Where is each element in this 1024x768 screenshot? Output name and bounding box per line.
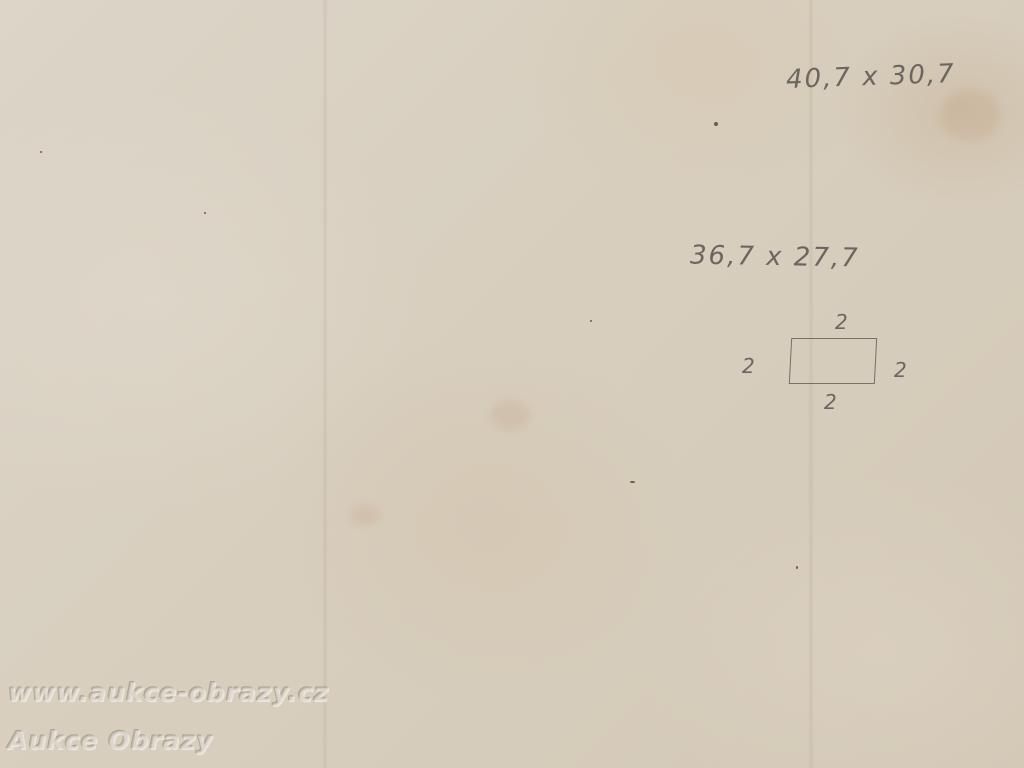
margin-bottom-label: 2	[824, 390, 837, 414]
speck	[630, 481, 635, 483]
stain	[490, 400, 530, 430]
margin-diagram-rectangle	[789, 338, 877, 384]
stain	[940, 90, 1000, 140]
speck	[204, 212, 206, 214]
inner-dimensions-note: 36,7 x 27,7	[690, 241, 860, 274]
margin-left-label: 2	[742, 354, 755, 378]
speck	[714, 122, 718, 126]
speck	[796, 566, 798, 569]
paper-background	[0, 0, 1024, 768]
watermark-name: Aukce Obrazy	[8, 726, 213, 755]
margin-top-label: 2	[835, 310, 848, 334]
margin-right-label: 2	[894, 358, 907, 382]
paper-crease	[322, 0, 328, 768]
speck	[40, 151, 42, 153]
paper-crease	[808, 0, 814, 768]
speck	[590, 320, 592, 322]
outer-dimensions-note: 40,7 x 30,7	[786, 59, 957, 95]
stain	[350, 505, 380, 525]
watermark-url: www.aukce-obrazy.cz	[8, 678, 329, 707]
